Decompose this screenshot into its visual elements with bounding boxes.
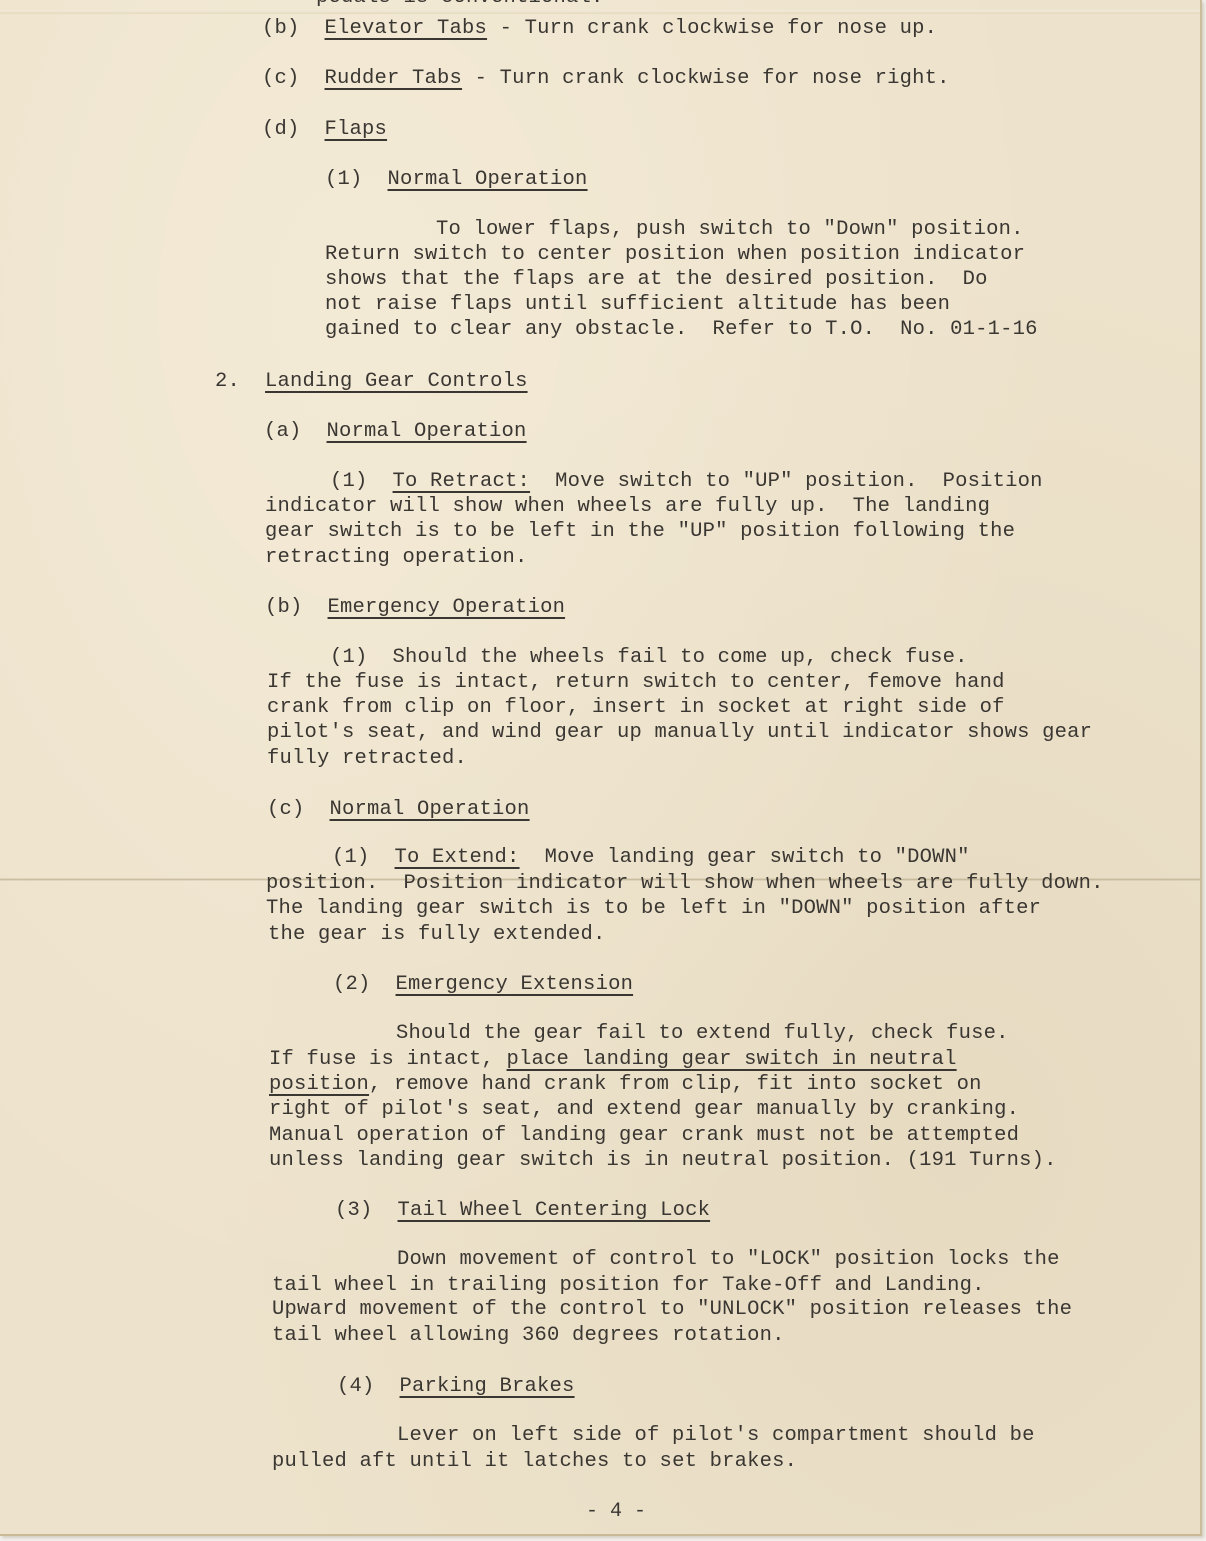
- paragraph-line: Upward movement of the control to "UNLOC…: [272, 1298, 1072, 1322]
- subsection-title: Emergency Operation: [328, 596, 566, 619]
- flaps-normal-operation-heading: (1) Normal Operation: [325, 168, 588, 192]
- emphasized-instruction: position: [269, 1073, 369, 1096]
- paragraph-line: retracting operation.: [265, 546, 528, 570]
- parking-brakes-heading: (4) Parking Brakes: [337, 1375, 575, 1399]
- paragraph-line: If fuse is intact, place landing gear sw…: [269, 1048, 957, 1072]
- item-marker: (d): [262, 118, 300, 141]
- item-marker: (a): [264, 420, 302, 443]
- item-marker: (b): [262, 17, 300, 40]
- emphasized-instruction: place landing gear switch in neutral: [507, 1048, 957, 1071]
- paragraph-line: To lower flaps, push switch to "Down" po…: [436, 218, 1024, 242]
- paragraph-line: not raise flaps until sufficient altitud…: [325, 293, 950, 317]
- item-marker: (3): [335, 1199, 373, 1222]
- subsection-title: Normal Operation: [388, 168, 588, 191]
- subsection-title: Normal Operation: [327, 420, 527, 443]
- paragraph-line: the gear is fully extended.: [268, 923, 606, 947]
- paragraph-line: The landing gear switch is to be left in…: [266, 897, 1041, 921]
- elevator-tabs-heading: Elevator Tabs: [325, 17, 488, 40]
- subsection-title: Emergency Extension: [396, 973, 634, 996]
- paragraph-line: Lever on left side of pilot's compartmen…: [397, 1424, 1035, 1448]
- rudder-tabs-item: (c) Rudder Tabs - Turn crank clockwise f…: [262, 67, 950, 91]
- paragraph-line: position. Position indicator will show w…: [266, 872, 1104, 896]
- retract-title: To Retract:: [393, 470, 531, 493]
- item-marker: (b): [265, 596, 303, 619]
- emergency-operation-heading: (b) Emergency Operation: [265, 596, 565, 620]
- emergency-up-first-line: (1) Should the wheels fail to come up, c…: [330, 646, 968, 670]
- paragraph-line: tail wheel allowing 360 degrees rotation…: [272, 1324, 785, 1348]
- emergency-extension-heading: (2) Emergency Extension: [333, 973, 633, 997]
- paragraph-line: fully retracted.: [267, 747, 467, 771]
- gear-normal-operation-heading: (a) Normal Operation: [264, 420, 527, 444]
- top-fold-crease: [0, 10, 1200, 14]
- item-marker: (1): [330, 646, 368, 669]
- paragraph-line: position, remove hand crank from clip, f…: [269, 1073, 982, 1097]
- paragraph-line: indicator will show when wheels are full…: [265, 495, 990, 519]
- paragraph-text: If fuse is intact,: [269, 1048, 507, 1071]
- paragraph-text: Move landing gear switch to "DOWN": [520, 846, 970, 869]
- item-marker: (c): [267, 798, 305, 821]
- cutoff-text-line: pedals is conventional.: [316, 0, 604, 10]
- item-marker: (4): [337, 1375, 375, 1398]
- landing-gear-controls-heading: 2. Landing Gear Controls: [215, 370, 528, 394]
- item-marker: (1): [332, 846, 370, 869]
- paragraph-line: pilot's seat, and wind gear up manually …: [267, 721, 1092, 745]
- paragraph-line: Return switch to center position when po…: [325, 243, 1025, 267]
- flaps-heading: Flaps: [325, 118, 388, 141]
- page-number: - 4 -: [586, 1500, 646, 1523]
- paragraph-text: Should the wheels fail to come up, check…: [368, 646, 968, 669]
- retract-first-line: (1) To Retract: Move switch to "UP" posi…: [330, 470, 1043, 494]
- item-marker: (1): [330, 470, 368, 493]
- subsection-title: Tail Wheel Centering Lock: [398, 1199, 711, 1222]
- paragraph-line: Down movement of control to "LOCK" posit…: [397, 1248, 1060, 1272]
- gear-extend-normal-operation-heading: (c) Normal Operation: [267, 798, 530, 822]
- paragraph-line: tail wheel in trailing position for Take…: [272, 1274, 985, 1298]
- item-marker: (1): [325, 168, 363, 191]
- flaps-item: (d) Flaps: [262, 118, 387, 142]
- paragraph-text: Move switch to "UP" position. Position: [530, 470, 1043, 493]
- document-page: pedals is conventional. (b) Elevator Tab…: [0, 0, 1202, 1536]
- paragraph-text: , remove hand crank from clip, fit into …: [369, 1073, 982, 1096]
- section-title: Landing Gear Controls: [265, 370, 528, 393]
- item-marker: (c): [262, 67, 300, 90]
- paragraph-line: If the fuse is intact, return switch to …: [267, 671, 1005, 695]
- subsection-title: Normal Operation: [330, 798, 530, 821]
- item-marker: (2): [333, 973, 371, 996]
- elevator-tabs-item: (b) Elevator Tabs - Turn crank clockwise…: [262, 17, 937, 41]
- paragraph-line: unless landing gear switch is in neutral…: [269, 1149, 1057, 1173]
- paragraph-line: gear switch is to be left in the "UP" po…: [265, 520, 1015, 544]
- extend-title: To Extend:: [395, 846, 520, 869]
- paragraph-line: gained to clear any obstacle. Refer to T…: [325, 318, 1038, 342]
- paragraph-line: crank from clip on floor, insert in sock…: [267, 696, 1005, 720]
- tail-wheel-lock-heading: (3) Tail Wheel Centering Lock: [335, 1199, 710, 1223]
- rudder-tabs-heading: Rudder Tabs: [325, 67, 463, 90]
- rudder-tabs-text: - Turn crank clockwise for nose right.: [462, 67, 950, 90]
- subsection-title: Parking Brakes: [400, 1375, 575, 1398]
- paragraph-line: Should the gear fail to extend fully, ch…: [396, 1022, 1009, 1046]
- paragraph-line: Manual operation of landing gear crank m…: [269, 1124, 1019, 1148]
- section-number: 2.: [215, 370, 240, 393]
- paragraph-line: right of pilot's seat, and extend gear m…: [269, 1098, 1019, 1122]
- paragraph-line: shows that the flaps are at the desired …: [325, 268, 988, 292]
- extend-first-line: (1) To Extend: Move landing gear switch …: [332, 846, 970, 870]
- paragraph-line: pulled aft until it latches to set brake…: [272, 1450, 797, 1474]
- elevator-tabs-text: - Turn crank clockwise for nose up.: [487, 17, 937, 40]
